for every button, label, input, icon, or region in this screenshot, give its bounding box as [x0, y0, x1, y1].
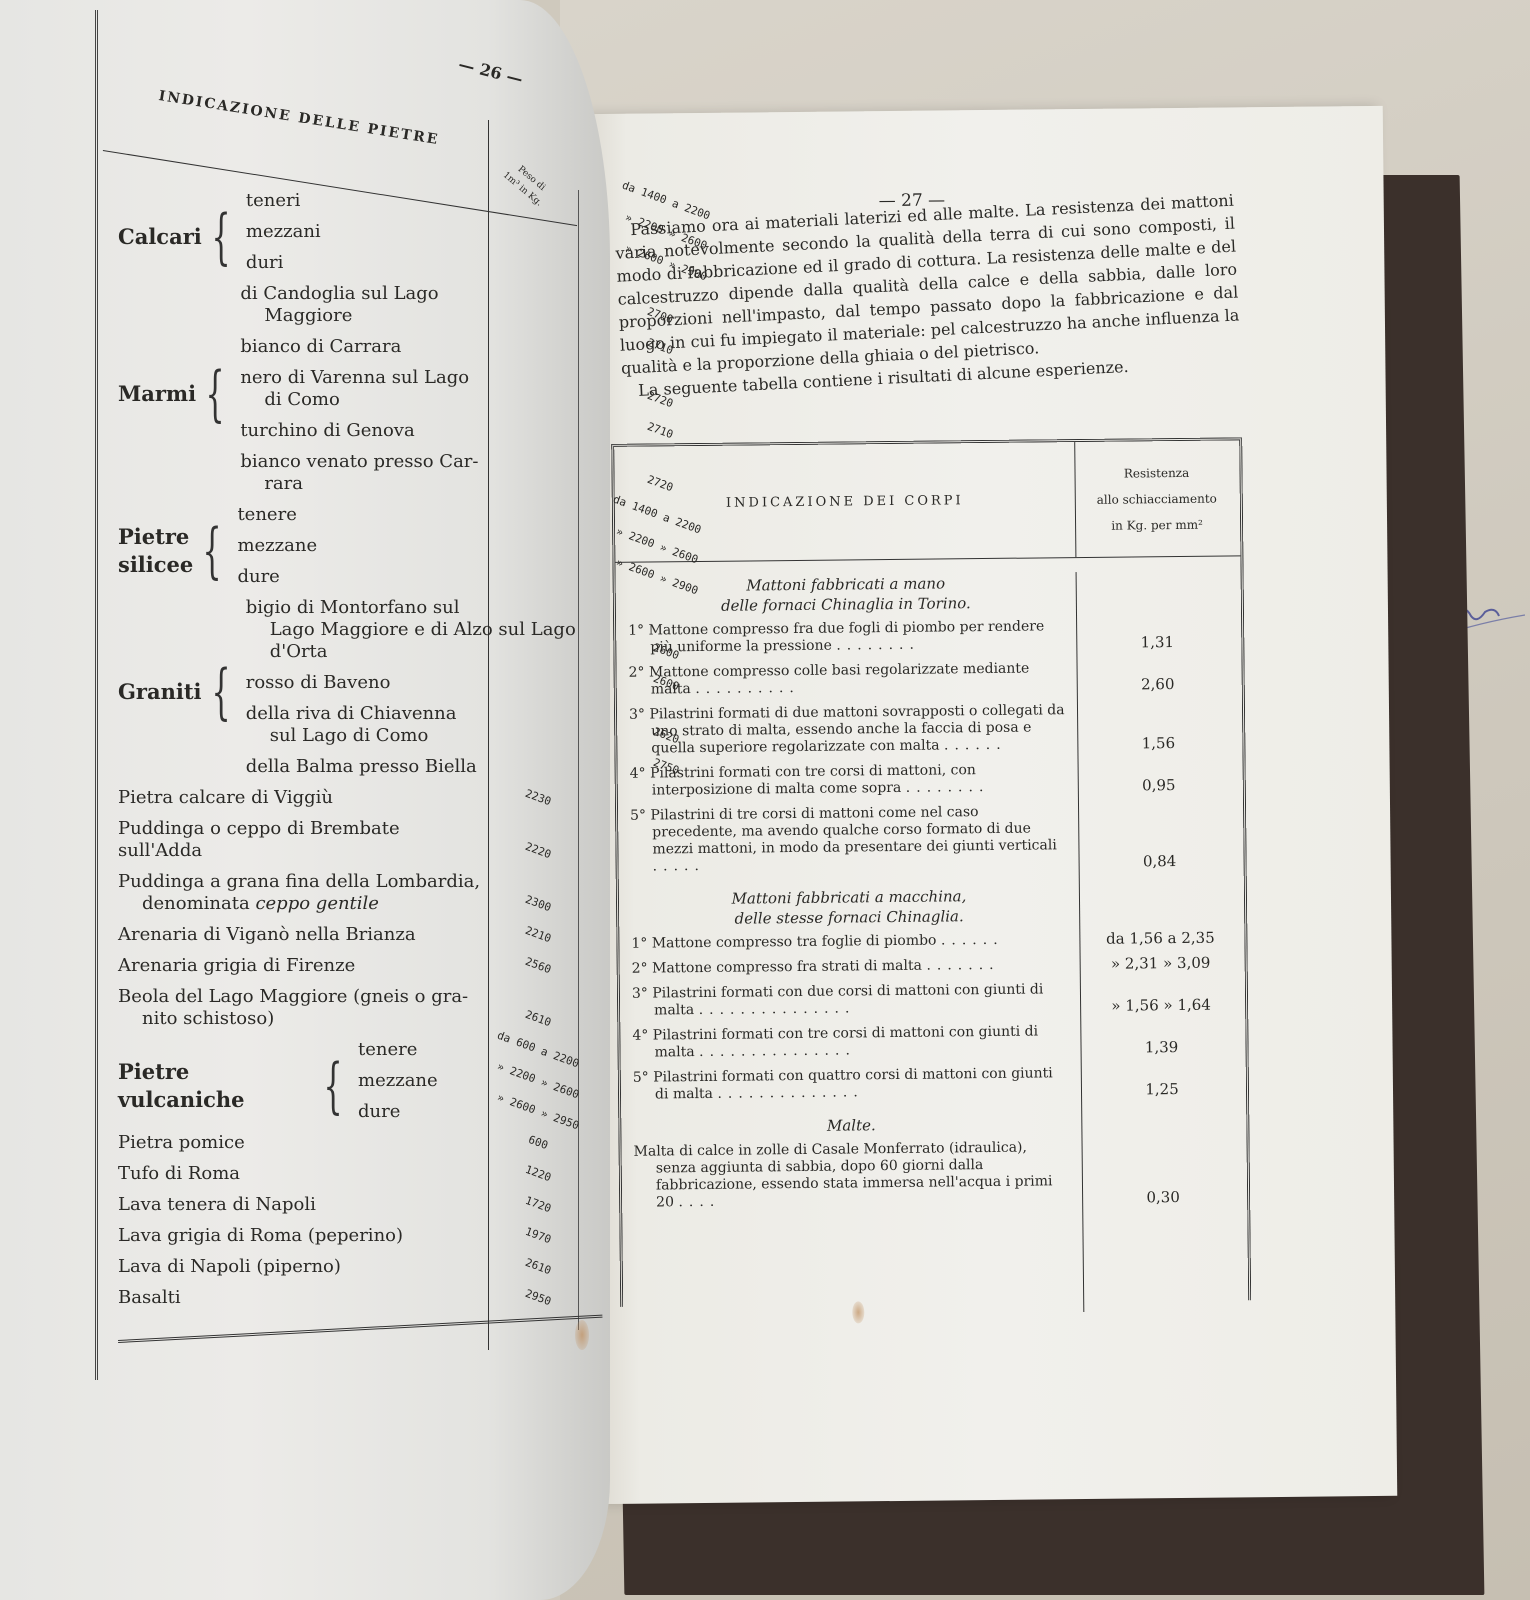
stone-weight-table: — 26 — INDICAZIONE DELLE PIETRE Peso di …	[95, 10, 603, 1380]
resistance-value: da 1,56 a 2,35	[1079, 929, 1241, 948]
resistance-value: 1,39	[1080, 1021, 1242, 1057]
page-number: — 26 —	[457, 54, 525, 88]
table-row: Lava grigia di Roma (peperino)1970	[118, 1225, 588, 1247]
resistance-value: 2,60	[1076, 658, 1238, 694]
group-pietre-silicee: Pietre silicee { tenereda 1400 a 2200 me…	[118, 504, 588, 597]
table-row: Beola del Lago Maggiore (gneis o gra-nit…	[118, 986, 588, 1030]
table-row: Lava di Napoli (piperno)2610	[118, 1256, 588, 1278]
table-row: 1° Mattone compresso tra foglie di piomb…	[619, 929, 1244, 953]
group-calcari: Calcari { tenerida 1400 a 2200 mezzani» …	[118, 190, 588, 283]
section-title: Mattoni fabbricati a macchina, delle ste…	[619, 885, 1079, 930]
table-row: Malta di calce in zolle di Casale Monfer…	[622, 1137, 1248, 1212]
table-row: Puddinga o ceppo di Brembate sull'Adda22…	[118, 818, 588, 862]
table-row: Pietra pomice600	[118, 1132, 588, 1154]
stain-mark	[852, 1301, 864, 1323]
table-row: Arenaria di Viganò nella Brianza2210	[118, 924, 588, 946]
resistance-value: 0,30	[1082, 1137, 1245, 1207]
left-page: — 26 — INDICAZIONE DELLE PIETRE Peso di …	[0, 0, 610, 1600]
brace-icon: {	[206, 364, 225, 424]
resistance-value: » 1,56 » 1,64	[1080, 979, 1242, 1015]
table-row: 4° Pilastrini formati con tre corsi di m…	[620, 1021, 1245, 1062]
brace-icon: {	[211, 662, 230, 722]
resistance-value: 0,95	[1078, 759, 1240, 795]
stain-mark	[575, 1320, 589, 1350]
group-graniti: Graniti { bigio di Montorfano sulLago Ma…	[118, 597, 588, 787]
resistance-value: 1,31	[1076, 616, 1238, 652]
resistance-value: 1,56	[1077, 700, 1240, 753]
table-row: Puddinga a grana fina della Lombardia,de…	[118, 871, 588, 915]
table-row: Tufo di Roma1220	[118, 1163, 588, 1185]
table-row: Lava tenera di Napoli1720	[118, 1194, 588, 1216]
brace-icon: {	[323, 1056, 342, 1116]
group-marmi: Marmi { di Candoglia sul LagoMaggiore270…	[118, 283, 588, 504]
table-row: 3° Pilastrini formati con due corsi di m…	[620, 979, 1245, 1020]
table-body: Calcari { tenerida 1400 a 2200 mezzani» …	[118, 190, 588, 1318]
section-title: Malte.	[621, 1113, 1081, 1138]
resistance-value: 0,84	[1078, 801, 1241, 871]
brace-icon: {	[203, 521, 222, 581]
table-row: Basalti2950	[118, 1287, 588, 1309]
header-description: INDICAZIONE DELLE PIETRE	[157, 88, 440, 148]
table-row: Pietra calcare di Viggiù2230	[118, 787, 588, 809]
table-row: 5° Pilastrini formati con quattro corsi …	[621, 1063, 1246, 1104]
group-pietre-vulcaniche: Pietre vulcaniche { tenereda 600 a 2200 …	[118, 1039, 588, 1132]
brace-icon: {	[211, 207, 230, 267]
table-row: Arenaria grigia di Firenze2560	[118, 955, 588, 977]
table-row: 5° Pilastrini di tre corsi di mattoni co…	[618, 801, 1244, 876]
resistance-value: 1,25	[1081, 1063, 1243, 1099]
table-bottom-rule	[118, 1315, 603, 1349]
header-resistance: Resistenza allo schiacciamento in Kg. pe…	[1074, 440, 1238, 557]
table-row: 2° Mattone compresso fra strati di malta…	[620, 954, 1245, 978]
resistance-value: » 2,31 » 3,09	[1080, 954, 1242, 973]
